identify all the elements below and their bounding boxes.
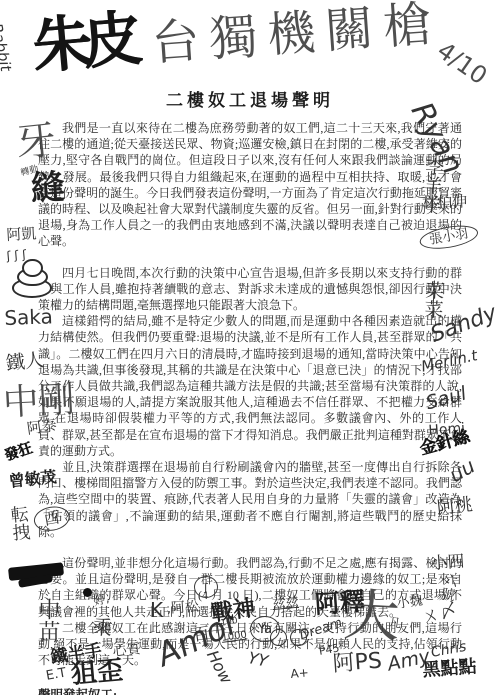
signature: 鐵人	[5, 351, 45, 374]
scanned-statement-page: 二樓奴工退場聲明 我們是一直以來待在二樓為庶務勞動著的奴工們,這二十三天來,我們…	[0, 0, 500, 695]
signature: 牙	[14, 120, 58, 164]
signature: 阿凱	[6, 226, 37, 243]
signature: K	[150, 600, 163, 620]
signature: 兹兹	[272, 596, 299, 611]
signature: Rabbit	[0, 22, 13, 73]
signature: 六號	[439, 572, 458, 602]
signature: 心質	[112, 642, 141, 659]
signature: 縫	[30, 170, 66, 206]
signature: 小四	[430, 554, 465, 573]
signature: 狙歪	[70, 657, 124, 687]
signature: 阿泰	[26, 418, 58, 437]
signature: Merlin.t	[420, 348, 479, 374]
signature: 凡	[388, 616, 402, 630]
signature: 菜菜	[422, 280, 443, 319]
signature: 中苗	[36, 598, 58, 642]
signature: 曾敏茂	[8, 469, 57, 490]
signature: 中剛	[2, 382, 76, 422]
signature: 婷,	[92, 592, 110, 608]
signature: Dream	[298, 616, 344, 642]
signature: 酉	[32, 504, 72, 534]
signature: 阿PS	[332, 651, 383, 676]
signature: How	[204, 648, 235, 686]
signature: uu	[446, 455, 478, 485]
signature: Saul	[424, 384, 469, 413]
signature: 張小羽	[418, 222, 480, 253]
signature: ʃ ʃ ʃ	[6, 248, 27, 262]
signature: 黑點點	[422, 658, 477, 680]
signature: YY	[247, 650, 269, 670]
signature: 4/10	[433, 38, 491, 89]
signatures-layer: Rabbit朱皮台獨機關槍4/10Ryan李羊羊林柏伸張小羽菜菜SandyMer…	[0, 0, 500, 695]
signature: ㄨ〆	[420, 601, 459, 628]
signature: 朱皮	[30, 9, 135, 77]
signature: 乘	[91, 616, 114, 639]
signature: Saka	[4, 306, 53, 328]
signature: 阿桃	[436, 496, 474, 518]
signature: 台獨機關槍	[150, 0, 443, 68]
signature: 發狂	[3, 441, 34, 463]
signature: 転拽	[8, 504, 29, 541]
signature: A+	[290, 666, 309, 680]
signature: ,阿松	[166, 600, 199, 616]
signature: 林柏伸	[422, 194, 468, 211]
signature: E.T	[45, 666, 67, 682]
